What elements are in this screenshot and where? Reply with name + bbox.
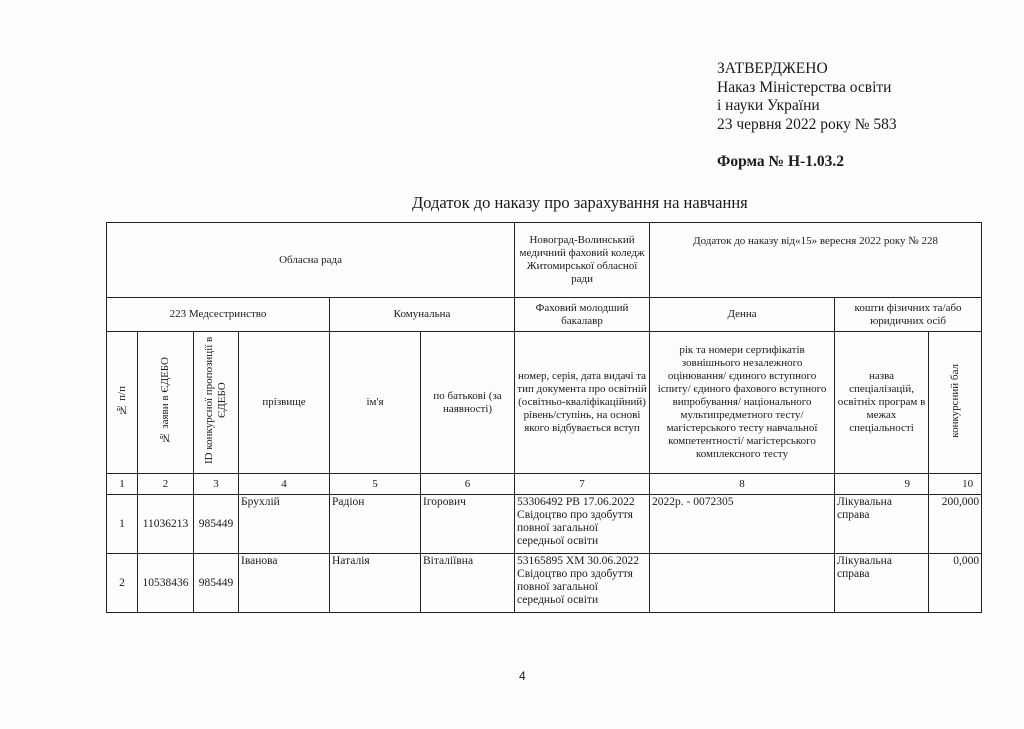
col-header-3: ID конкурсної пропозиції в ЄДЕБО	[194, 332, 239, 474]
col-header-4: прізвище	[239, 332, 330, 474]
specialization: Лікувальна справа	[835, 495, 929, 554]
first-name: Радіон	[330, 495, 421, 554]
order-cell: Додаток до наказу від«15» вересня 2022 р…	[650, 223, 982, 298]
page-number: 4	[519, 669, 526, 683]
competitive-score: 200,000	[929, 495, 982, 554]
specialization: Лікувальна справа	[835, 554, 929, 613]
application-number: 10538436	[138, 554, 194, 613]
col-header-9: назва спеціалізацій, освітніх програм в …	[835, 332, 929, 474]
col-number: 4	[239, 474, 330, 495]
funding-cell: кошти фізичних та/або юридичних осіб	[835, 298, 982, 332]
col-number: 8	[650, 474, 835, 495]
col-number: 9	[835, 474, 929, 495]
col-header-2: № заяви в ЄДЕБО	[138, 332, 194, 474]
approval-line: 23 червня 2022 року № 583	[717, 116, 897, 135]
col-number: 7	[515, 474, 650, 495]
row-index: 1	[107, 495, 138, 554]
col-header-5: ім'я	[330, 332, 421, 474]
col-header-10: конкурсний бал	[929, 332, 982, 474]
table-row: 1 11036213 985449 Брухлій Радіон Ігорови…	[107, 495, 982, 554]
col-header-8: рік та номери сертифікатів зовнішнього н…	[650, 332, 835, 474]
col-number: 3	[194, 474, 239, 495]
degree-cell: Фаховий молодший бакалавр	[515, 298, 650, 332]
form-number: Форма № Н-1.03.2	[717, 153, 844, 171]
col-number: 5	[330, 474, 421, 495]
application-number: 11036213	[138, 495, 194, 554]
first-name: Наталія	[330, 554, 421, 613]
institution-cell: Новоград-Волинський медичний фаховий кол…	[515, 223, 650, 298]
certificates	[650, 554, 835, 613]
col-header-7: номер, серія, дата видачі та тип докумен…	[515, 332, 650, 474]
col-number: 1	[107, 474, 138, 495]
study-form-cell: Денна	[650, 298, 835, 332]
approval-line: ЗАТВЕРДЖЕНО	[717, 60, 897, 79]
education-document: 53165895 ХМ 30.06.2022 Свідоцтво про здо…	[515, 554, 650, 613]
patronymic: Ігорович	[421, 495, 515, 554]
col-header-6: по батькові (за наявності)	[421, 332, 515, 474]
col-number: 10	[929, 474, 982, 495]
surname: Брухлій	[239, 495, 330, 554]
col-number: 6	[421, 474, 515, 495]
offer-id: 985449	[194, 554, 239, 613]
offer-id: 985449	[194, 495, 239, 554]
col-number: 2	[138, 474, 194, 495]
patronymic: Віталіївна	[421, 554, 515, 613]
surname: Іванова	[239, 554, 330, 613]
region-cell: Обласна рада	[107, 223, 515, 298]
enrollment-table: Обласна рада Новоград-Волинський медични…	[106, 222, 982, 613]
approval-stamp: ЗАТВЕРДЖЕНО Наказ Міністерства освіти і …	[717, 60, 897, 134]
education-document: 53306492 РВ 17.06.2022 Свідоцтво про здо…	[515, 495, 650, 554]
order-text: Додаток до наказу від«15» вересня 2022 р…	[693, 235, 938, 248]
row-index: 2	[107, 554, 138, 613]
ownership-cell: Комунальна	[330, 298, 515, 332]
specialty-cell: 223 Медсестринство	[107, 298, 330, 332]
certificates: 2022р. - 0072305	[650, 495, 835, 554]
col-header-1: № п/п	[107, 332, 138, 474]
competitive-score: 0,000	[929, 554, 982, 613]
approval-line: і науки України	[717, 97, 897, 116]
table-row: 2 10538436 985449 Іванова Наталія Віталі…	[107, 554, 982, 613]
approval-line: Наказ Міністерства освіти	[717, 79, 897, 98]
document-title: Додаток до наказу про зарахування на нав…	[412, 193, 748, 213]
